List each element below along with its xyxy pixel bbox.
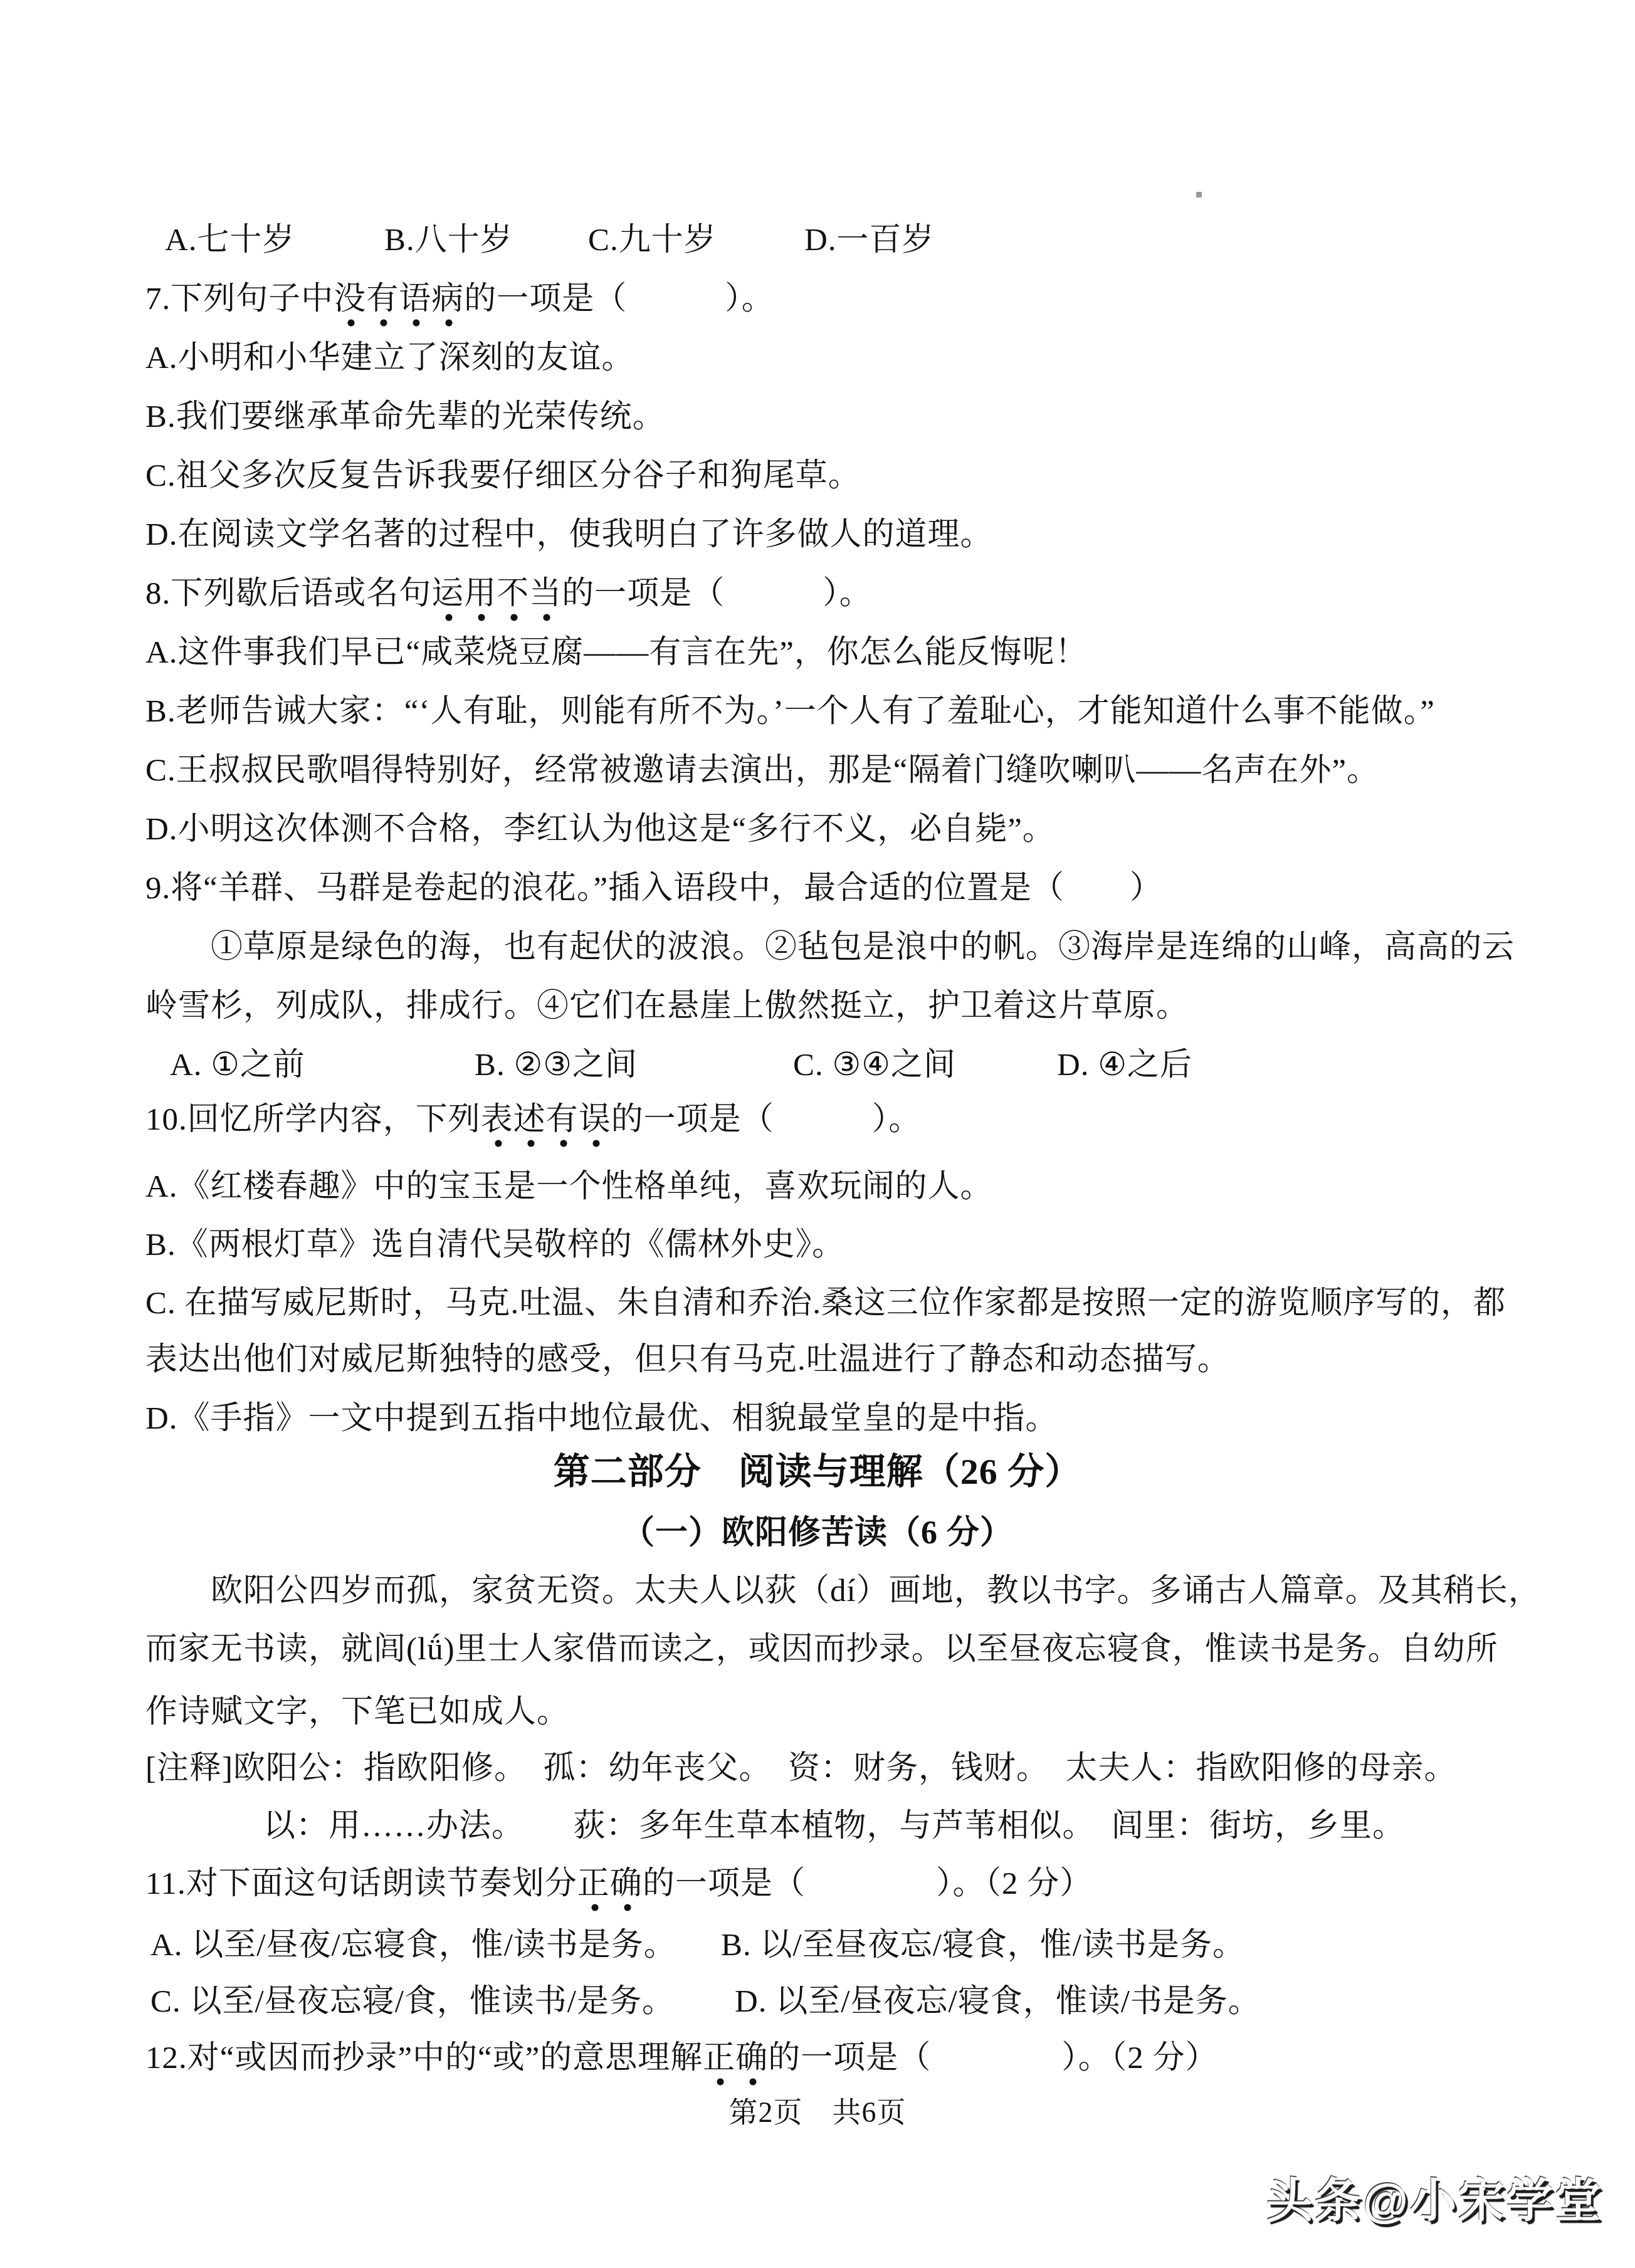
question-9-passage-line-1: ①草原是绿色的海，也有起伏的波浪。②毡包是浪中的帆。③海岸是连绵的山峰，高高的云: [211, 927, 1515, 967]
watermark: 头条@小宋学堂: [1266, 2164, 1603, 2230]
question-12-stem: 12.对“或因而抄录”中的“或”的意思理解正确的一项是（ ）。（2 分）: [145, 2038, 1218, 2078]
question-7-option-b: B.我们要继承革命先辈的光荣传统。: [145, 397, 665, 437]
question-7-stem-pre: 7.下列句子中: [145, 281, 334, 317]
exam-paper-page: A.七十岁 B.八十岁 C.九十岁 D.一百岁 7.下列句子中没有语病的一项是（…: [0, 0, 1635, 2268]
question-11-option-c: C. 以至/昼夜忘寝/食，惟读书/是务。: [150, 1982, 675, 2022]
page-footer: 第2页 共6页: [0, 2092, 1635, 2133]
question-7-option-a: A.小明和小华建立了深刻的友谊。: [145, 338, 634, 378]
question-10-option-d: D.《手指》一文中提到五指中地位最优、相貌最堂皇的是中指。: [145, 1399, 1058, 1439]
question-7-option-c: C.祖父多次反复告诉我要仔细区分谷子和狗尾草。: [145, 456, 861, 496]
question-11-option-a: A. 以至/昼夜/忘寝食，惟/读书是务。: [150, 1925, 676, 1965]
question-10-option-b: B.《两根灯草》选自清代吴敬梓的《儒林外史》。: [145, 1225, 844, 1265]
question-10-stem-post: 的一项是（ ）。: [611, 1102, 922, 1137]
question-7-option-d: D.在阅读文学名著的过程中，使我明白了许多做人的道理。: [145, 515, 993, 555]
question-8-option-a: A.这件事我们早已“咸菜烧豆腐——有言在先”，你怎么能反悔呢！: [145, 633, 1088, 673]
question-6-option-a: A.七十岁: [165, 220, 295, 260]
question-9-stem: 9.将“羊群、马群是卷起的浪花。”插入语段中，最合适的位置是（ ）: [145, 868, 1162, 908]
question-10-option-c-line-2: 表达出他们对威尼斯独特的感受，但只有马克.吐温进行了静态和动态描写。: [145, 1340, 1230, 1380]
question-8-option-b: B.老师告诫大家：“‘人有耻，则能有所不为。’一个人有了羞耻心，才能知道什么事不…: [145, 691, 1435, 732]
question-6-option-d: D.一百岁: [804, 220, 935, 260]
question-10-stem: 10.回忆所学内容，下列表述有误的一项是（ ）。: [145, 1100, 921, 1140]
section-2-title: 第二部分 阅读与理解（26 分）: [0, 1452, 1635, 1492]
question-8-stem-pre: 8.下列歇后语或名句: [145, 576, 431, 611]
scan-speck: [1196, 192, 1202, 197]
question-12-stem-post: 的一项是（ ）。（2 分）: [768, 2040, 1217, 2076]
question-9-option-d: D. ④之后: [1057, 1045, 1192, 1085]
passage-line-3: 作诗赋文字，下笔已如成人。: [145, 1692, 569, 1732]
question-10-stem-pre: 10.回忆所学内容，下列: [145, 1102, 481, 1137]
question-7-stem-emphasized: 没有语病: [334, 281, 464, 328]
question-11-stem: 11.对下面这句话朗读节奏划分正确的一项是（ ）。（2 分）: [145, 1864, 1092, 1904]
passage-notes-line-2: 以：用……办法。 荻：多年生草本植物，与芦苇相似。 闾里：街坊，乡里。: [263, 1806, 1405, 1846]
question-9-option-b: B. ②③之间: [475, 1045, 638, 1085]
passage-line-1: 欧阳公四岁而孤，家贫无资。太夫人以荻（dí）画地，教以书字。多诵古人篇章。及其稍…: [211, 1571, 1541, 1611]
question-7-stem-post: 的一项是（ ）。: [464, 281, 774, 317]
question-8-option-c: C.王叔叔民歌唱得特别好，经常被邀请去演出，那是“隔着门缝吹喇叭——名声在外”。: [145, 750, 1379, 790]
passage-notes-line-1: [注释]欧阳公：指欧阳修。 孤：幼年丧父。 资：财务，钱财。 太夫人：指欧阳修的…: [145, 1748, 1456, 1788]
question-6-option-c: C.九十岁: [588, 220, 717, 260]
question-10-option-a: A.《红楼春趣》中的宝玉是一个性格单纯，喜欢玩闹的人。: [145, 1167, 993, 1207]
question-12-stem-emphasized: 正确: [703, 2040, 768, 2087]
question-11-stem-pre: 11.对下面这句话朗读节奏划分: [145, 1866, 577, 1901]
section-2-subtitle: （一）欧阳修苦读（6 分）: [0, 1513, 1635, 1553]
question-9-option-a: A. ①之前: [170, 1045, 305, 1085]
question-9-passage-line-2: 岭雪杉，列成队，排成行。④它们在悬崖上傲然挺立，护卫着这片草原。: [145, 986, 1189, 1026]
question-11-stem-post: 的一项是（ ）。（2 分）: [643, 1866, 1092, 1901]
question-10-stem-emphasized: 表述有误: [481, 1102, 611, 1148]
passage-line-2: 而家无书读，就闾(lǘ)里士人家借而读之，或因而抄录。以至昼夜忘寝食，惟读书是务…: [145, 1629, 1498, 1669]
question-8-option-d: D.小明这次体测不合格，李红认为他这是“多行不义，必自毙”。: [145, 809, 1055, 849]
question-8-stem-post: 的一项是（ ）。: [562, 576, 872, 611]
question-8-stem-emphasized: 运用不当: [431, 576, 562, 622]
question-11-option-b: B. 以/至昼夜忘/寝食，惟/读书是务。: [721, 1925, 1245, 1965]
question-8-stem: 8.下列歇后语或名句运用不当的一项是（ ）。: [145, 574, 872, 614]
question-6-option-b: B.八十岁: [384, 220, 513, 260]
question-7-stem: 7.下列句子中没有语病的一项是（ ）。: [145, 279, 774, 319]
question-11-stem-emphasized: 正确: [577, 1866, 643, 1913]
question-10-option-c-line-1: C. 在描写威尼斯时，马克.吐温、朱自清和乔治.桑这三位作家都是按照一定的游览顺…: [145, 1283, 1506, 1323]
question-9-option-c: C. ③④之间: [793, 1045, 956, 1085]
question-11-option-d: D. 以至/昼夜忘/寝食，惟读/书是务。: [735, 1982, 1261, 2022]
question-12-stem-pre: 12.对“或因而抄录”中的“或”的意思理解: [145, 2040, 703, 2076]
